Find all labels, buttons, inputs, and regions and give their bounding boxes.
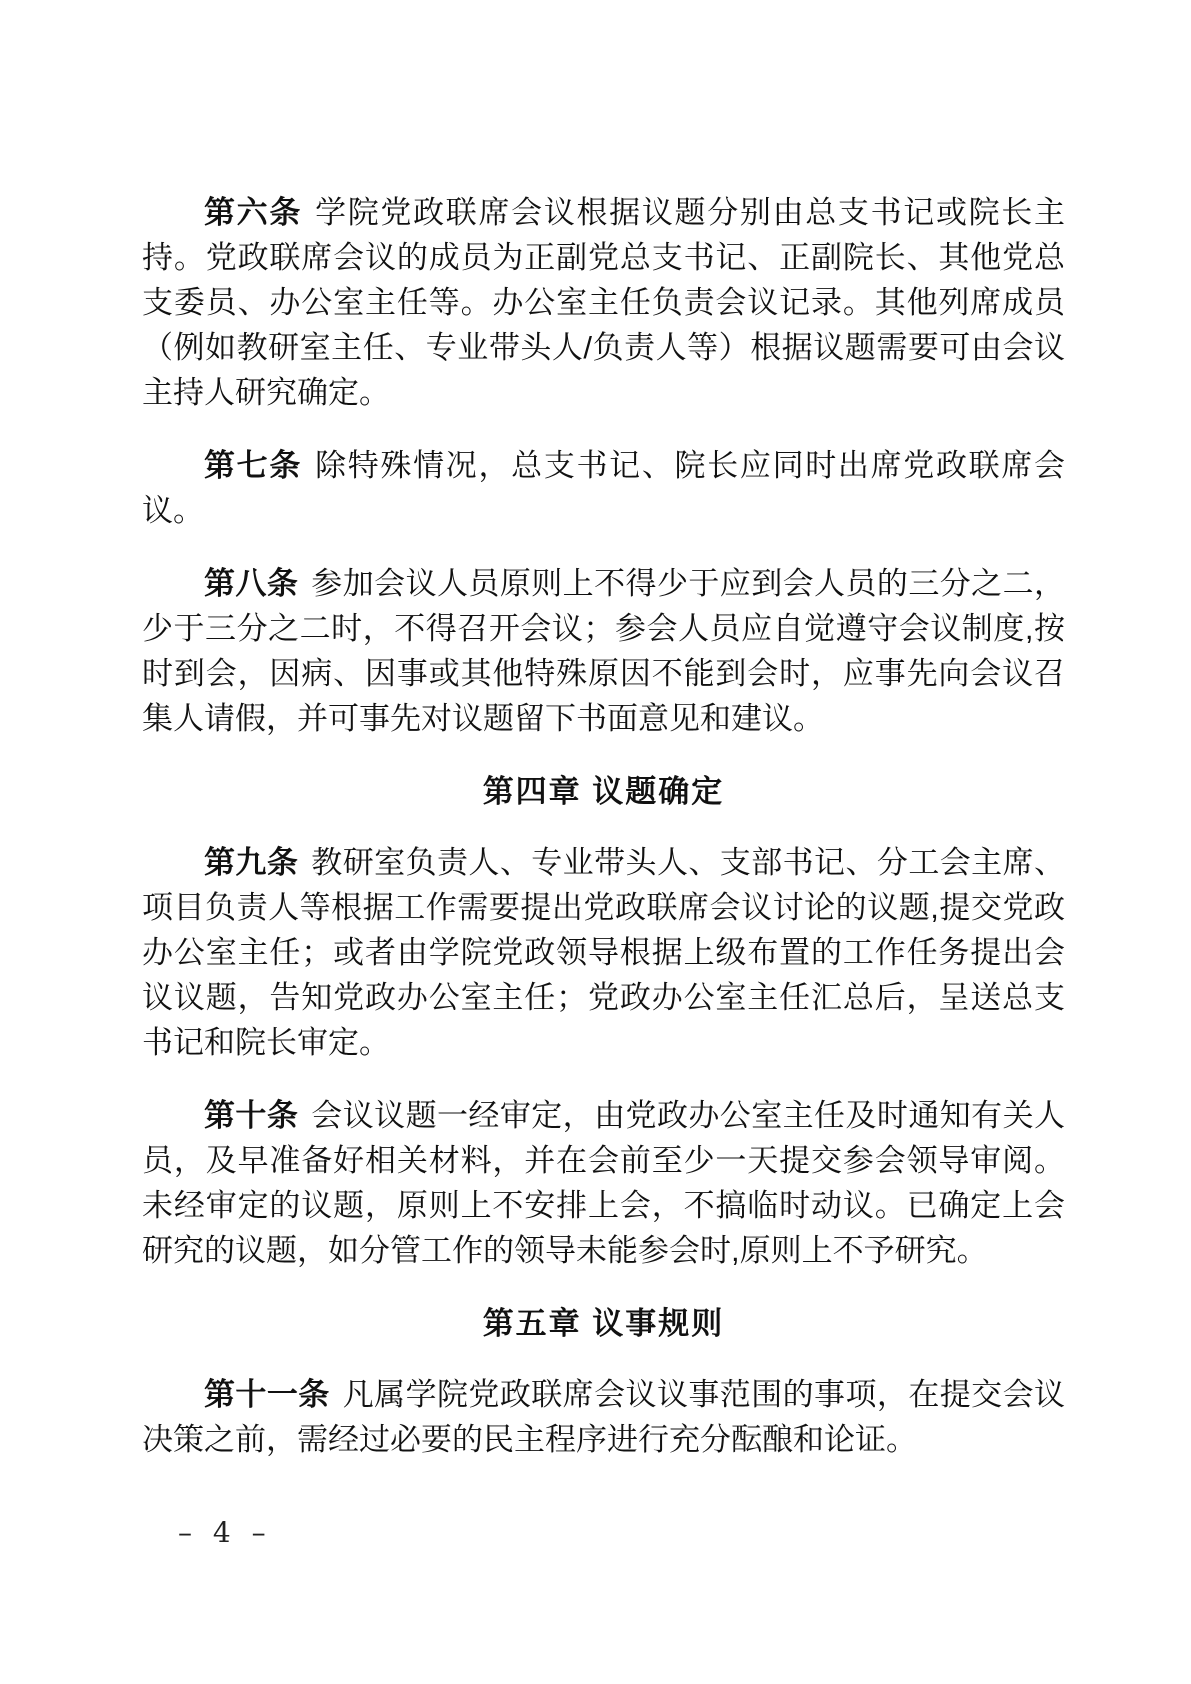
chapter-heading-4: 第四章 议题确定 (142, 769, 1065, 814)
article-paragraph-8: 第八条参加会议人员原则上不得少于应到会人员的三分之二，少于三分之二时，不得召开会… (142, 561, 1065, 741)
article-number: 第九条 (204, 845, 311, 880)
chapter-heading-5: 第五章 议事规则 (142, 1301, 1065, 1346)
article-paragraph-9: 第九条教研室负责人、专业带头人、支部书记、分工会主席、项目负责人等根据工作需要提… (142, 840, 1065, 1065)
document-page: 第六条学院党政联席会议根据议题分别由总支书记或院长主持。党政联席会议的成员为正副… (0, 0, 1191, 1684)
article-number: 第八条 (204, 566, 311, 601)
article-number: 第十一条 (204, 1377, 343, 1412)
article-number: 第六条 (204, 195, 315, 230)
page-number: – 4 – (178, 1516, 272, 1549)
document-body: 第六条学院党政联席会议根据议题分别由总支书记或院长主持。党政联席会议的成员为正副… (142, 190, 1065, 1490)
article-paragraph-10: 第十条会议议题一经审定，由党政办公室主任及时通知有关人员，及早准备好相关材料，并… (142, 1093, 1065, 1273)
article-paragraph-7: 第七条除特殊情况，总支书记、院长应同时出席党政联席会议。 (142, 443, 1065, 533)
article-number: 第七条 (204, 448, 315, 483)
article-paragraph-6: 第六条学院党政联席会议根据议题分别由总支书记或院长主持。党政联席会议的成员为正副… (142, 190, 1065, 415)
article-paragraph-11: 第十一条凡属学院党政联席会议议事范围的事项，在提交会议决策之前，需经过必要的民主… (142, 1372, 1065, 1462)
article-number: 第十条 (204, 1098, 311, 1133)
